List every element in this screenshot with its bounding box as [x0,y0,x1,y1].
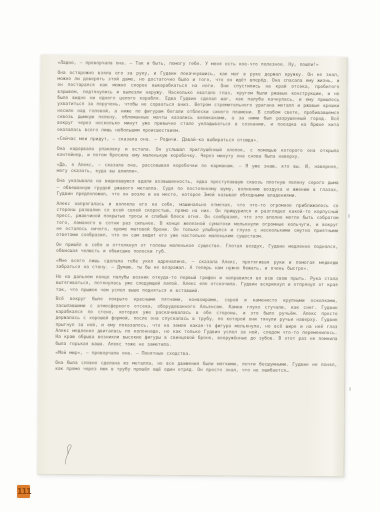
scan-artifact [348,214,350,218]
page-number-badge: 111 [17,485,30,498]
paragraph: «Мне всего лишь сделала тебе укол адрена… [56,259,338,274]
paragraph: Но на дальнем конце палубы возник откуда… [56,275,338,296]
paragraph: «Мой мир», — проворчала она. — Понятные … [55,351,337,360]
paragraph: Алекс напрягалась и волокла его на себе,… [56,202,338,242]
paragraph: «Ладно, — проворчала она. — Так и быть, … [58,61,340,70]
scan-artifact [349,387,351,391]
paragraph: Он пришёл в себя и оттолкнул от головы м… [56,243,338,258]
paragraph: Она осторожно взяла его за руку, и Гудви… [57,71,339,136]
paragraph: Она надорвала упаковку и встала. Он услы… [57,147,339,162]
document-page: «Ладно, — проворчала она. — Так и быть, … [37,55,347,477]
paragraph: Она была словно сделана из металла, но в… [55,361,337,376]
pen-mark-icon [58,440,78,466]
text-column: «Ладно, — проворчала она. — Так и быть, … [55,61,339,379]
paragraph: Она указывала на видневшуюся вдали возвы… [57,179,339,200]
paragraph: «Да, я Алекс, — сказала она, рассовывая … [57,163,339,178]
paragraph: Всё вокруг было покрыто красными пятнами… [55,297,337,350]
scan-canvas: «Ладно, — проворчала она. — Так и быть, … [0,0,380,512]
paragraph: «Сейчас мои придут, — сказала она. — Род… [57,137,339,146]
